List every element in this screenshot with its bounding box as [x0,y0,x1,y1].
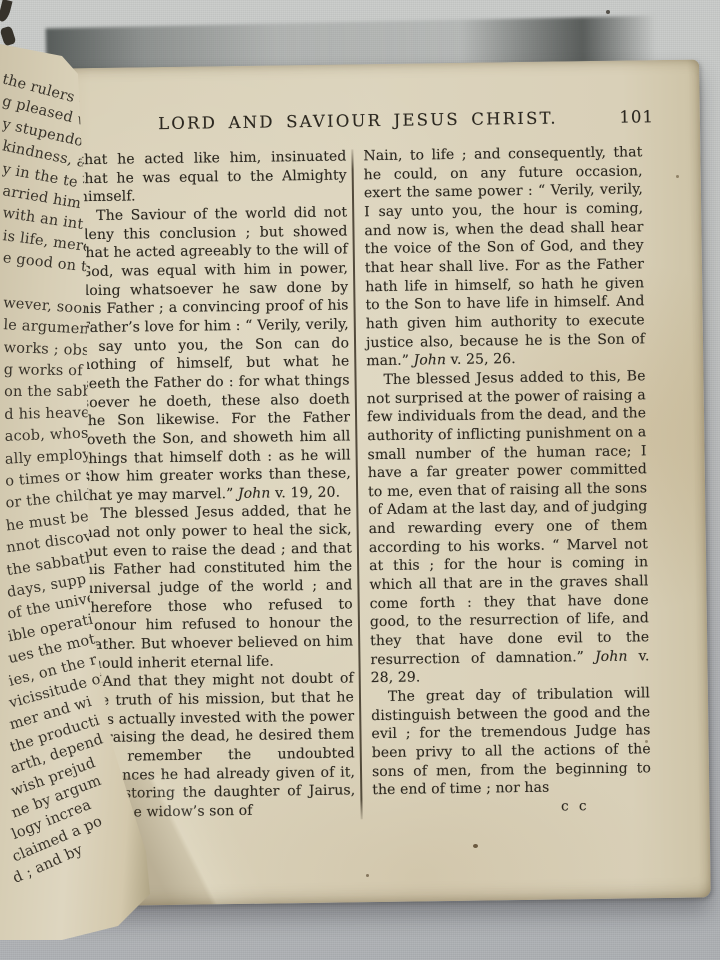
scripture-citation: John [413,352,446,368]
printer-signature-mark: c c [372,796,651,818]
body-text: that he acted like him, insinuated that … [78,148,346,205]
foxing-speck [366,874,369,877]
scripture-citation: John [595,648,628,664]
body-text: The blessed Jesus added, that he had not… [84,503,354,672]
paragraph: The great day of tribulation will distin… [371,684,652,800]
page-number: 101 [619,106,654,128]
body-text: The great day of tribulation will distin… [371,685,651,798]
text-column-right-wrap: Nain, to life ; and consequently, that h… [363,143,651,818]
foxing-speck [473,844,478,848]
body-text: The Saviour of the world did not deny th… [79,204,351,504]
text-columns: that he acted like him, insinuated that … [78,143,709,823]
paragraph: Nain, to life ; and consequently, that h… [363,143,645,371]
book-page: LORD AND SAVIOUR JESUS CHRIST. 101 that … [51,60,711,907]
text-column-right: Nain, to life ; and consequently, that h… [363,143,651,800]
body-text: The blessed Jesus added to this, Be not … [367,368,650,668]
scripture-citation: John [238,485,271,501]
running-head: LORD AND SAVIOUR JESUS CHRIST. 101 [51,60,700,137]
paragraph: The blessed Jesus added to this, Be not … [366,367,649,688]
foxing-speck [645,740,648,743]
text-column-left: that he acted like him, insinuated that … [78,147,355,822]
paragraph: The Saviour of the world did not deny th… [79,203,351,505]
paragraph: The blessed Jesus added, that he had not… [83,502,353,674]
paragraph: that he acted like him, insinuated that … [78,147,347,207]
body-text: Nain, to life ; and consequently, that h… [363,144,645,369]
foxing-speck [676,175,679,178]
running-header-title: LORD AND SAVIOUR JESUS CHRIST. [158,107,558,135]
foxing-speck [606,10,610,14]
body-text: v. 19, 20. [270,484,340,501]
body-text: v. 25, 26. [446,351,516,368]
